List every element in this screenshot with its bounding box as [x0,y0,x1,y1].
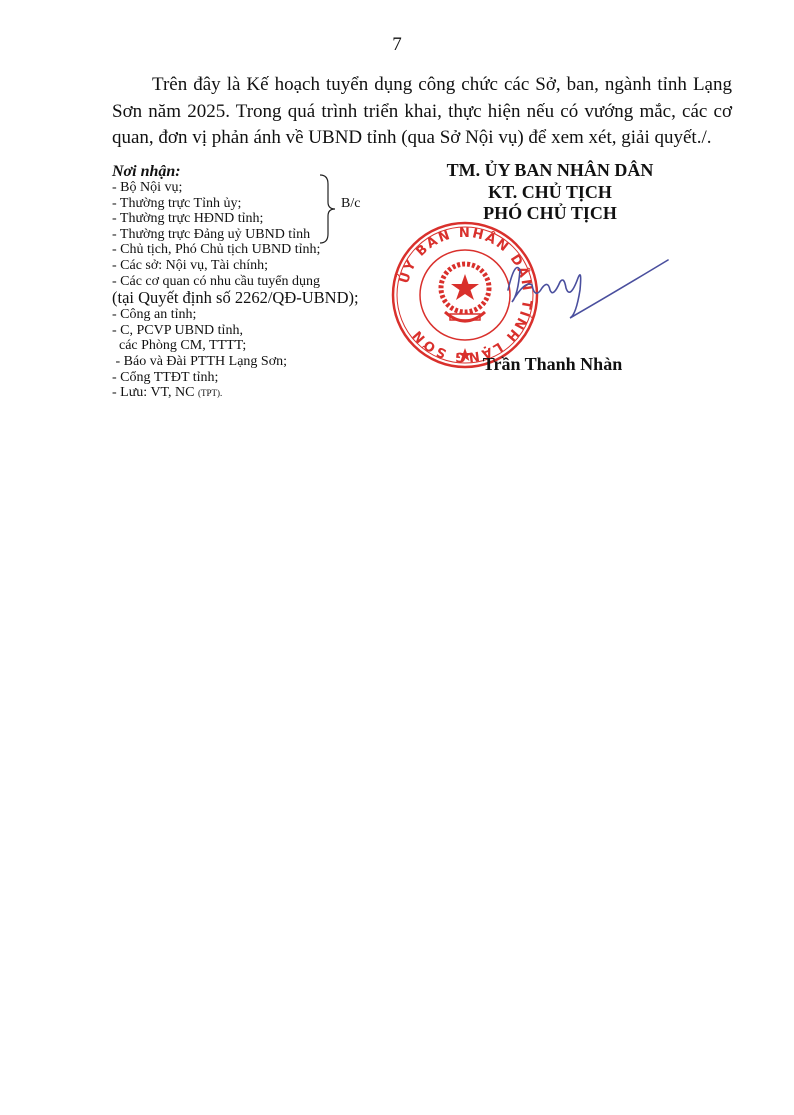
recipient-item: (tại Quyết định số 2262/QĐ-UBND); [112,289,392,307]
brace-label: B/c [341,196,360,212]
recipient-item: - Cổng TTĐT tỉnh; [112,370,392,386]
recipient-item: - Công an tỉnh; [112,307,392,323]
page-number: 7 [0,34,794,56]
recipient-item: - Báo và Đài PTTH Lạng Sơn; [112,354,392,370]
sig-line-2: KT. CHỦ TỊCH [410,182,690,204]
brace-icon [318,174,338,244]
recipient-item: - Thường trực Đảng uỷ UBND tỉnh [112,227,392,243]
signer-name: Trần Thanh Nhàn [410,354,695,375]
recipient-item: các Phòng CM, TTTT; [112,338,392,354]
recipient-item: - Bộ Nội vụ; [112,180,392,196]
recipient-item: - C, PCVP UBND tỉnh, [112,323,392,339]
signature-block: TM. ỦY BAN NHÂN DÂN KT. CHỦ TỊCH PHÓ CHỦ… [410,160,690,225]
recipient-item: - Thường trực HĐND tỉnh; [112,211,392,227]
recipient-item: - Chủ tịch, Phó Chủ tịch UBND tỉnh; [112,242,392,258]
sig-line-1: TM. ỦY BAN NHÂN DÂN [410,160,690,182]
body-paragraph: Trên đây là Kế hoạch tuyển dụng công chứ… [112,72,732,152]
handwritten-signature-icon [490,240,690,330]
recipient-item-archive: - Lưu: VT, NC (TPT). [112,385,392,402]
recipients-title: Nơi nhận: [112,163,392,180]
recipient-item: - Các cơ quan có nhu cầu tuyển dụng [112,274,392,290]
recipient-item: - Các sở: Nội vụ, Tài chính; [112,258,392,274]
archive-suffix: (TPT). [198,388,222,398]
